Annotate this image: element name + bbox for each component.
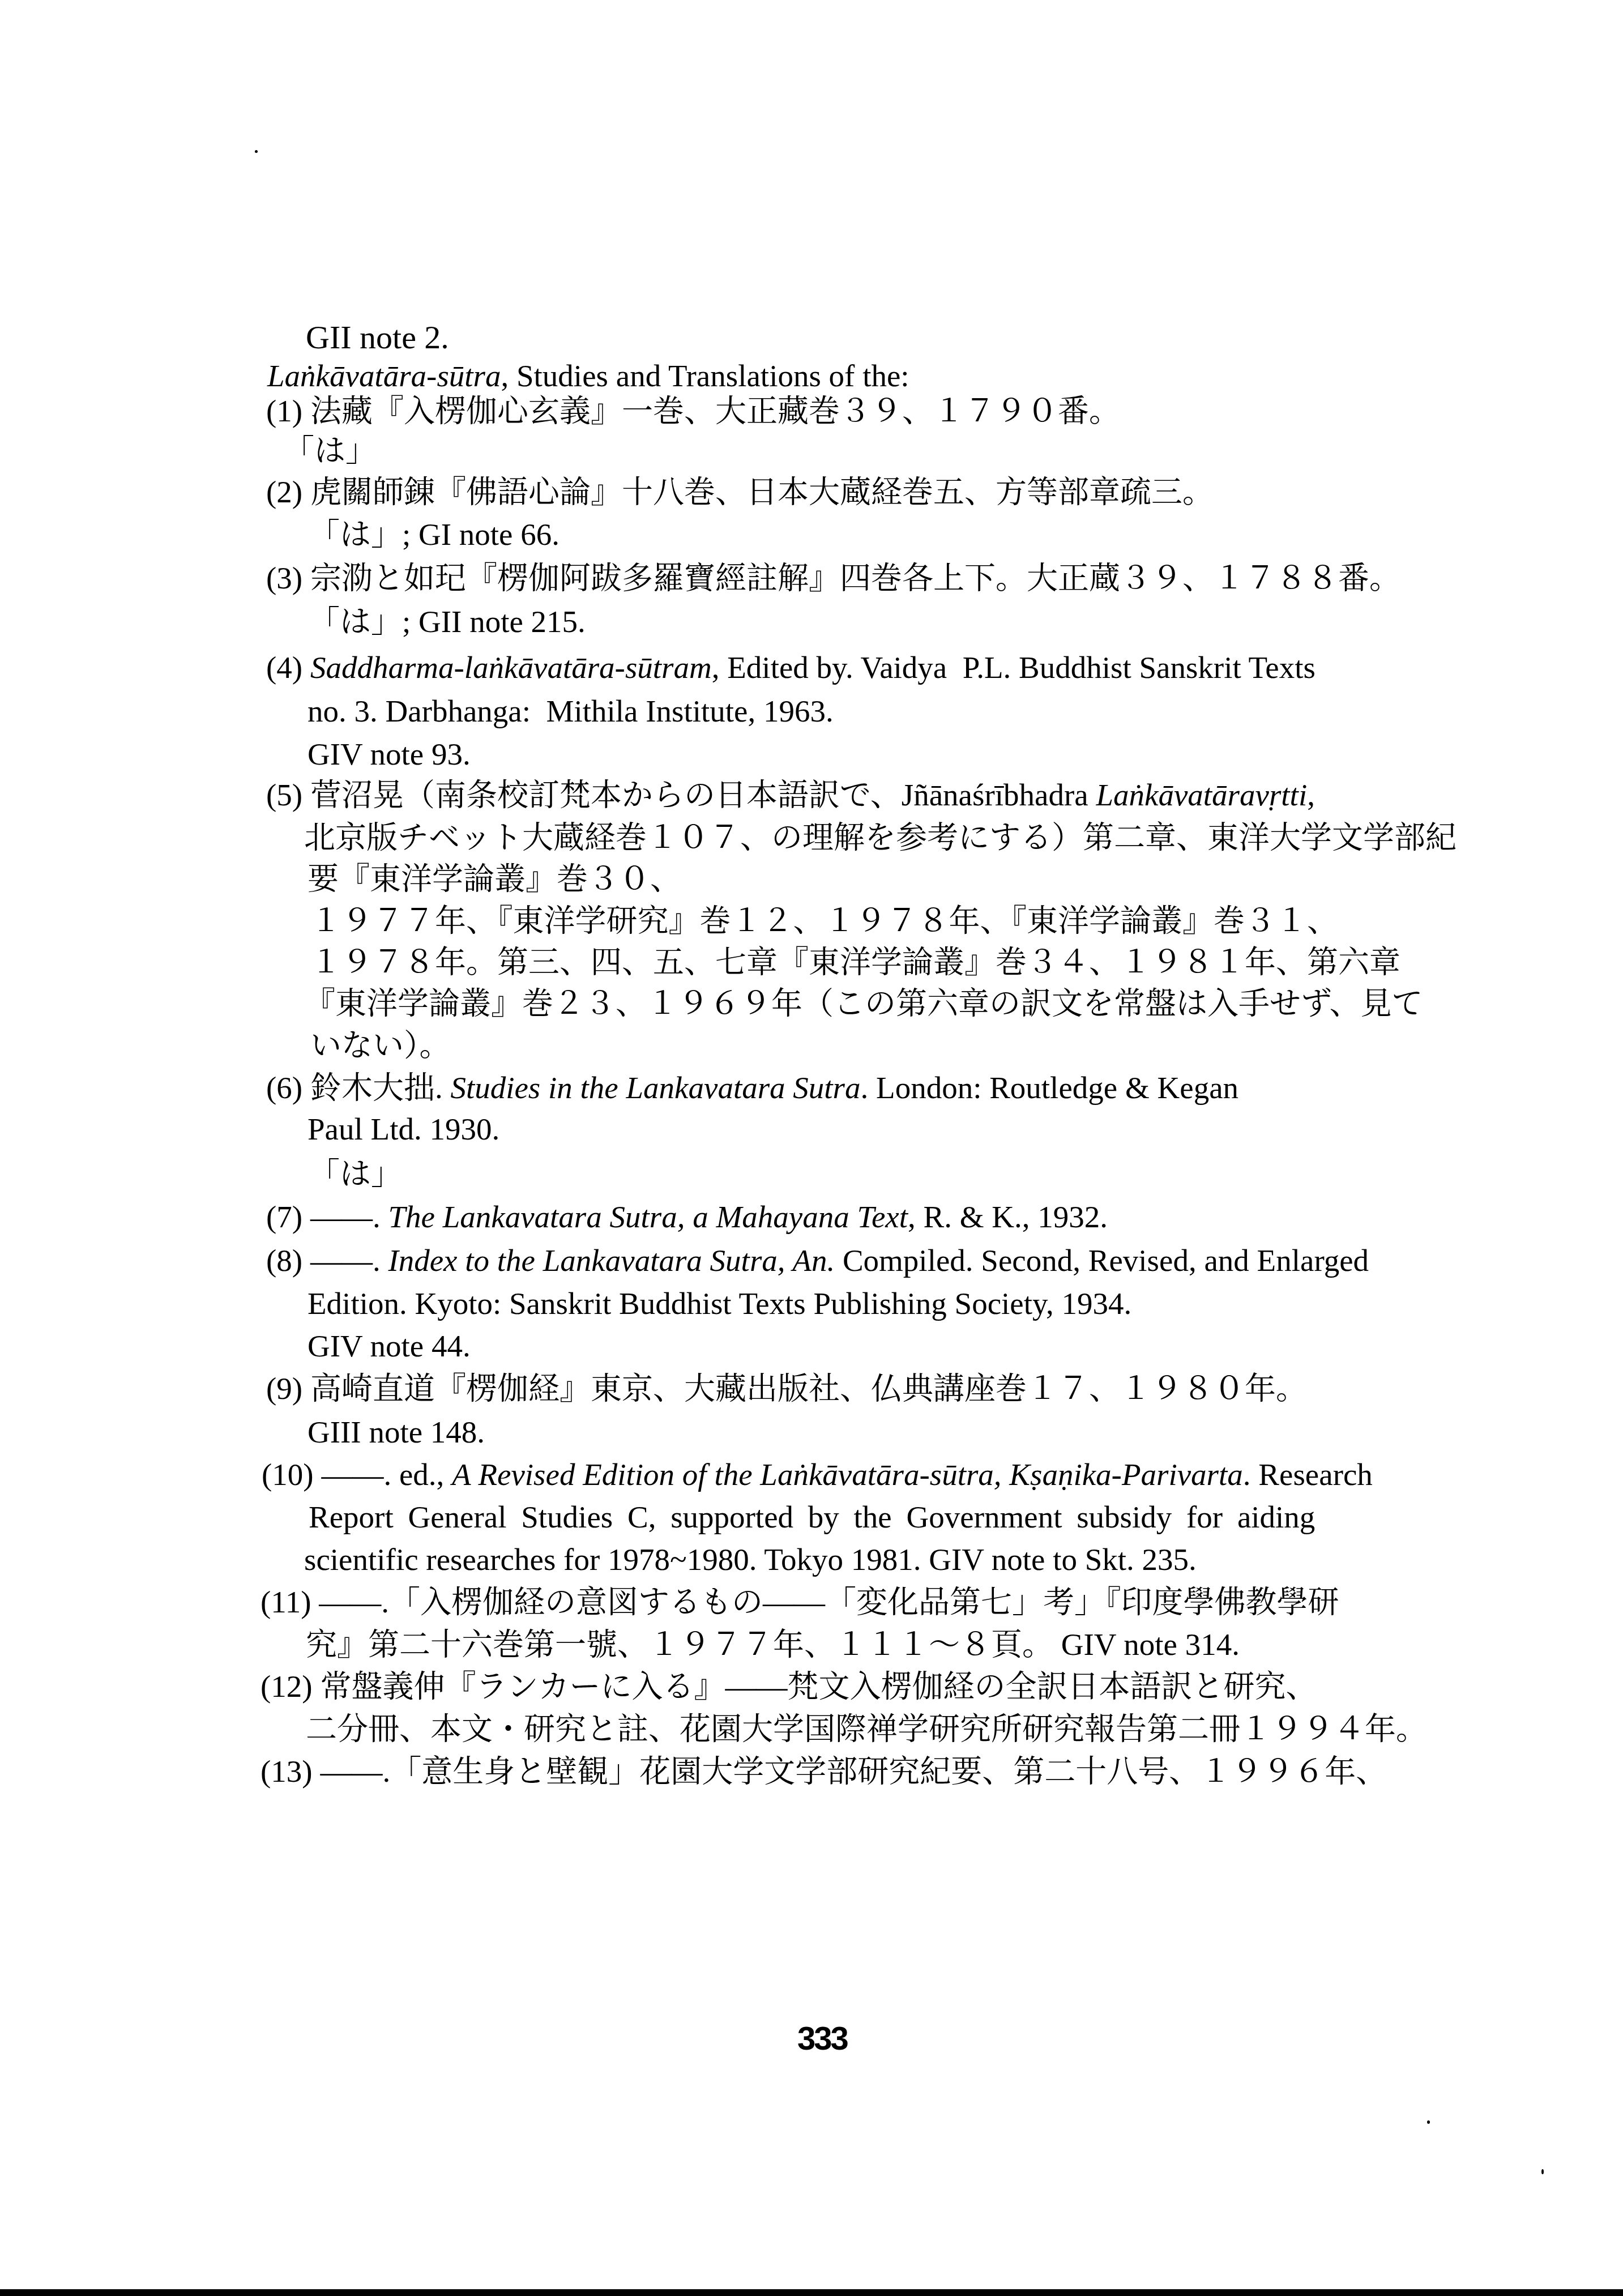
entry-6: (6) 鈴木大拙. Studies in the Lankavatara Sut… bbox=[266, 1068, 1238, 1108]
text-segment: １９７８年。第三、四、五、七章『東洋学論叢』巻３４、１９８１年、第六章 bbox=[310, 945, 1400, 979]
title-italic-segment: Studies in the Lankavatara Sutra bbox=[450, 1070, 860, 1105]
entry-10-continuation-2: scientific researches for 1978~1980. Tok… bbox=[304, 1539, 1197, 1580]
scan-speck bbox=[1427, 2120, 1430, 2124]
text-segment: GIV note 44. bbox=[307, 1329, 471, 1363]
text-segment: 究』第二十六巻第一號、１９７７年、１１１～８頁。 GIV note 314. bbox=[306, 1627, 1240, 1662]
text-segment: (8) ——. bbox=[266, 1243, 388, 1278]
entry-8-continuation: Edition. Kyoto: Sanskrit Buddhist Texts … bbox=[307, 1283, 1131, 1324]
entry-11: (11) ——.「入楞伽経の意図するもの――「変化品第七」考」『印度學佛教學研 bbox=[260, 1582, 1339, 1623]
text-segment: Edition. Kyoto: Sanskrit Buddhist Texts … bbox=[307, 1286, 1131, 1321]
text-segment: , bbox=[1307, 778, 1315, 812]
entry-2: (2) 虎關師錬『佛語心論』十八巻、日本大蔵経巻五、方等部章疏三。 bbox=[266, 472, 1214, 513]
entry-8-note: GIV note 44. bbox=[307, 1326, 471, 1367]
entry-10-continuation-1: Report General Studies C, supported by t… bbox=[309, 1497, 1315, 1538]
page-number: 333 bbox=[797, 2020, 847, 2058]
text-segment: Report General Studies C, supported by t… bbox=[309, 1500, 1315, 1534]
entry-9: (9) 高崎直道『楞伽経』東京、大藏出版社、仏典講座巻１７、１９８０年。 bbox=[266, 1368, 1307, 1409]
entry-1: (1) 法藏『入楞伽心玄義』一巻、大正藏巻３９、１７９０番。 bbox=[266, 391, 1120, 432]
entry-9-note: GIII note 148. bbox=[307, 1412, 485, 1453]
text-segment: . Research bbox=[1243, 1457, 1373, 1492]
text-segment: (4) bbox=[266, 650, 310, 685]
entry-12-continuation: 二分冊、本文・研究と註、花園大学国際禅学研究所研究報告第二冊１９９４年。 bbox=[306, 1709, 1427, 1749]
scan-speck bbox=[1541, 2169, 1544, 2174]
entry-2-note: 「は」; GI note 66. bbox=[309, 514, 559, 555]
entry-5-continuation-5: 『東洋学論叢』巻２３、１９６９年（この第六章の訳文を常盤は入手せず、見て bbox=[304, 983, 1423, 1024]
text-segment: (9) 高崎直道『楞伽経』東京、大藏出版社、仏典講座巻１７、１９８０年。 bbox=[266, 1371, 1307, 1406]
text-segment: (11) ——.「入楞伽経の意図するもの――「変化品第七」考」『印度學佛教學研 bbox=[260, 1585, 1339, 1619]
entry-3: (3) 宗泐と如玘『楞伽阿跋多羅寶經註解』四巻各上下。大正蔵３９、１７８８番。 bbox=[266, 558, 1400, 599]
entry-5-continuation-6: いない）。 bbox=[310, 1025, 451, 1066]
entry-7: (7) ——. The Lankavatara Sutra, a Mahayan… bbox=[266, 1197, 1108, 1237]
entry-10: (10) ——. ed., A Revised Edition of the L… bbox=[262, 1454, 1373, 1495]
text-segment: 「は」 bbox=[283, 433, 377, 468]
text-segment: Paul Ltd. 1930. bbox=[307, 1112, 499, 1146]
text-segment: no. 3. Darbhanga: Mithila Institute, 196… bbox=[307, 694, 834, 728]
text-segment: いない）。 bbox=[310, 1028, 451, 1062]
text-segment: 北京版チベット大蔵経巻１０７、の理解を参考にする）第二章、東洋大学文学部紀 bbox=[304, 820, 1457, 855]
text-segment: GIII note 148. bbox=[307, 1415, 485, 1449]
text-segment: (10) ——. ed., bbox=[262, 1457, 452, 1492]
text-segment: GII note 2. bbox=[306, 319, 449, 356]
text-segment: . London: Routledge & Kegan bbox=[861, 1070, 1239, 1105]
text-segment: (6) 鈴木大拙. bbox=[266, 1070, 450, 1105]
entry-8: (8) ——. Index to the Lankavatara Sutra, … bbox=[266, 1240, 1369, 1281]
entry-5-continuation-1: 北京版チベット大蔵経巻１０７、の理解を参考にする）第二章、東洋大学文学部紀 bbox=[304, 817, 1457, 858]
text-segment: (2) 虎關師錬『佛語心論』十八巻、日本大蔵経巻五、方等部章疏三。 bbox=[266, 475, 1214, 509]
title-italic-segment: Laṅkāvatāra-sūtra bbox=[267, 359, 501, 393]
text-segment: 「は」; GI note 66. bbox=[309, 517, 559, 552]
scanned-page: GII note 2. Laṅkāvatāra-sūtra, Studies a… bbox=[0, 0, 1623, 2296]
note-reference-gii-2: GII note 2. bbox=[306, 316, 449, 359]
entry-5-continuation-4: １９７８年。第三、四、五、七章『東洋学論叢』巻３４、１９８１年、第六章 bbox=[310, 942, 1400, 983]
title-italic-segment: A Revised Edition of the Laṅkāvatāra-sūt… bbox=[452, 1457, 1243, 1492]
entry-4-note: GIV note 93. bbox=[307, 734, 471, 775]
entry-6-continuation: Paul Ltd. 1930. bbox=[307, 1109, 499, 1150]
title-italic-segment: The Lankavatara Sutra, a Mahayana Text bbox=[388, 1200, 908, 1234]
entry-5-continuation-2: 要『東洋学論叢』巻３０、 bbox=[307, 859, 681, 899]
ha-mark-entry-6: 「は」 bbox=[309, 1154, 402, 1194]
text-segment: GIV note 93. bbox=[307, 737, 471, 771]
text-segment: (12) 常盤義伸『ランカーに入る』――梵文入楞伽経の全訳日本語訳と研究、 bbox=[260, 1669, 1317, 1704]
entry-5: (5) 菅沼晃（南条校訂梵本からの日本語訳で、Jñānaśrībhadra La… bbox=[266, 775, 1315, 816]
entry-4: (4) Saddharma-laṅkāvatāra-sūtram, Edited… bbox=[266, 647, 1316, 688]
text-segment: (5) 菅沼晃（南条校訂梵本からの日本語訳で、Jñānaśrībhadra bbox=[266, 778, 1096, 812]
ha-mark-entry-1: 「は」 bbox=[283, 430, 377, 471]
entry-4-continuation: no. 3. Darbhanga: Mithila Institute, 196… bbox=[307, 691, 834, 732]
entry-12: (12) 常盤義伸『ランカーに入る』――梵文入楞伽経の全訳日本語訳と研究、 bbox=[260, 1666, 1317, 1707]
text-segment: 「は」 bbox=[309, 1156, 402, 1191]
text-segment: 「は」; GII note 215. bbox=[309, 604, 586, 639]
text-segment: 『東洋学論叢』巻２３、１９６９年（この第六章の訳文を常盤は入手せず、見て bbox=[304, 986, 1423, 1021]
text-segment: , R. & K., 1932. bbox=[908, 1200, 1108, 1234]
scan-speck bbox=[255, 150, 258, 153]
text-segment: １９７７年、『東洋学研究』巻１２、１９７８年、『東洋学論叢』巻３１、 bbox=[310, 903, 1338, 938]
text-segment: , Studies and Translations of the: bbox=[501, 359, 909, 393]
text-segment: (1) 法藏『入楞伽心玄義』一巻、大正藏巻３９、１７９０番。 bbox=[266, 394, 1120, 428]
text-segment: 要『東洋学論叢』巻３０、 bbox=[307, 861, 681, 896]
text-segment: 二分冊、本文・研究と註、花園大学国際禅学研究所研究報告第二冊１９９４年。 bbox=[306, 1712, 1427, 1746]
section-title: Laṅkāvatāra-sūtra, Studies and Translati… bbox=[267, 356, 909, 396]
text-segment: (3) 宗泐と如玘『楞伽阿跋多羅寶經註解』四巻各上下。大正蔵３９、１７８８番。 bbox=[266, 561, 1400, 595]
entry-11-continuation: 究』第二十六巻第一號、１９７７年、１１１～８頁。 GIV note 314. bbox=[306, 1624, 1240, 1665]
text-segment: (7) ——. bbox=[266, 1200, 388, 1234]
entry-13: (13) ——.「意生身と壁観」花園大学文学部研究紀要、第二十八号、１９９６年、 bbox=[260, 1751, 1387, 1792]
scan-edge-artifact bbox=[0, 2289, 1623, 2296]
text-segment: Compiled. Second, Revised, and Enlarged bbox=[835, 1243, 1369, 1278]
title-italic-segment: Index to the Lankavatara Sutra, An. bbox=[388, 1243, 835, 1278]
text-segment: (13) ——.「意生身と壁観」花園大学文学部研究紀要、第二十八号、１９９６年、 bbox=[260, 1754, 1387, 1789]
text-segment: , Edited by. Vaidya P.L. Buddhist Sanskr… bbox=[712, 650, 1316, 685]
title-italic-segment: Laṅkāvatāravṛtti bbox=[1096, 778, 1307, 812]
title-italic-segment: Saddharma-laṅkāvatāra-sūtram bbox=[310, 650, 712, 685]
entry-3-note: 「は」; GII note 215. bbox=[309, 601, 586, 642]
text-segment: scientific researches for 1978~1980. Tok… bbox=[304, 1542, 1197, 1577]
entry-5-continuation-3: １９７７年、『東洋学研究』巻１２、１９７８年、『東洋学論叢』巻３１、 bbox=[310, 901, 1338, 941]
